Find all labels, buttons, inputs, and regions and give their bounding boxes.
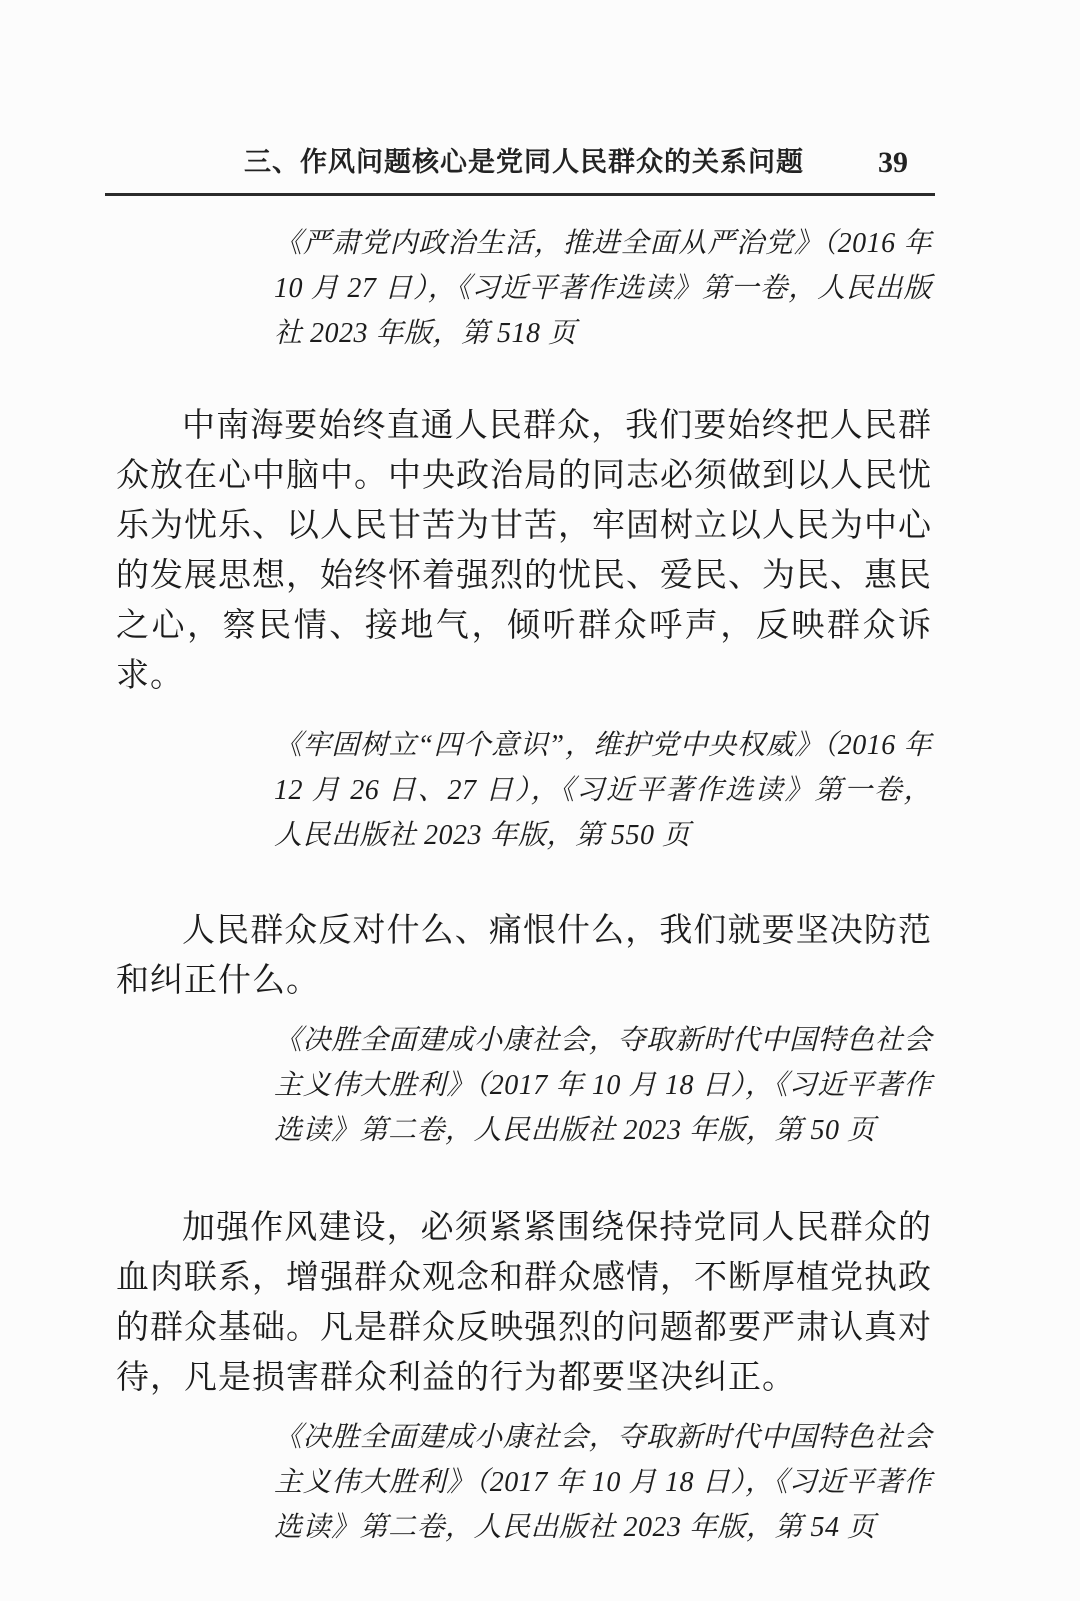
- page-number: 39: [878, 144, 908, 182]
- running-head-title: 三、作风问题核心是党同人民群众的关系问题: [244, 143, 804, 181]
- page-header: 三、作风问题核心是党同人民群众的关系问题 39: [116, 143, 932, 181]
- paragraph-2: 人民群众反对什么、痛恨什么，我们就要坚决防范和纠正什么。: [116, 906, 932, 1006]
- citation-3: 《决胜全面建成小康社会，夺取新时代中国特色社会主义伟大胜利》（2017 年 10…: [274, 1018, 932, 1153]
- citation-4: 《决胜全面建成小康社会，夺取新时代中国特色社会主义伟大胜利》（2017 年 10…: [274, 1415, 932, 1550]
- book-page: 三、作风问题核心是党同人民群众的关系问题 39 《严肃党内政治生活，推进全面从严…: [0, 0, 1080, 1601]
- citation-1: 《严肃党内政治生活，推进全面从严治党》（2016 年 10 月 27 日），《习…: [274, 221, 932, 356]
- paragraph-1: 中南海要始终直通人民群众，我们要始终把人民群众放在心中脑中。中央政治局的同志必须…: [116, 401, 932, 701]
- citation-2: 《牢固树立“四个意识”，维护党中央权威》（2016 年 12 月 26 日、27…: [274, 723, 932, 858]
- header-rule: [105, 193, 935, 196]
- paragraph-3: 加强作风建设，必须紧紧围绕保持党同人民群众的血肉联系，增强群众观念和群众感情，不…: [116, 1203, 932, 1403]
